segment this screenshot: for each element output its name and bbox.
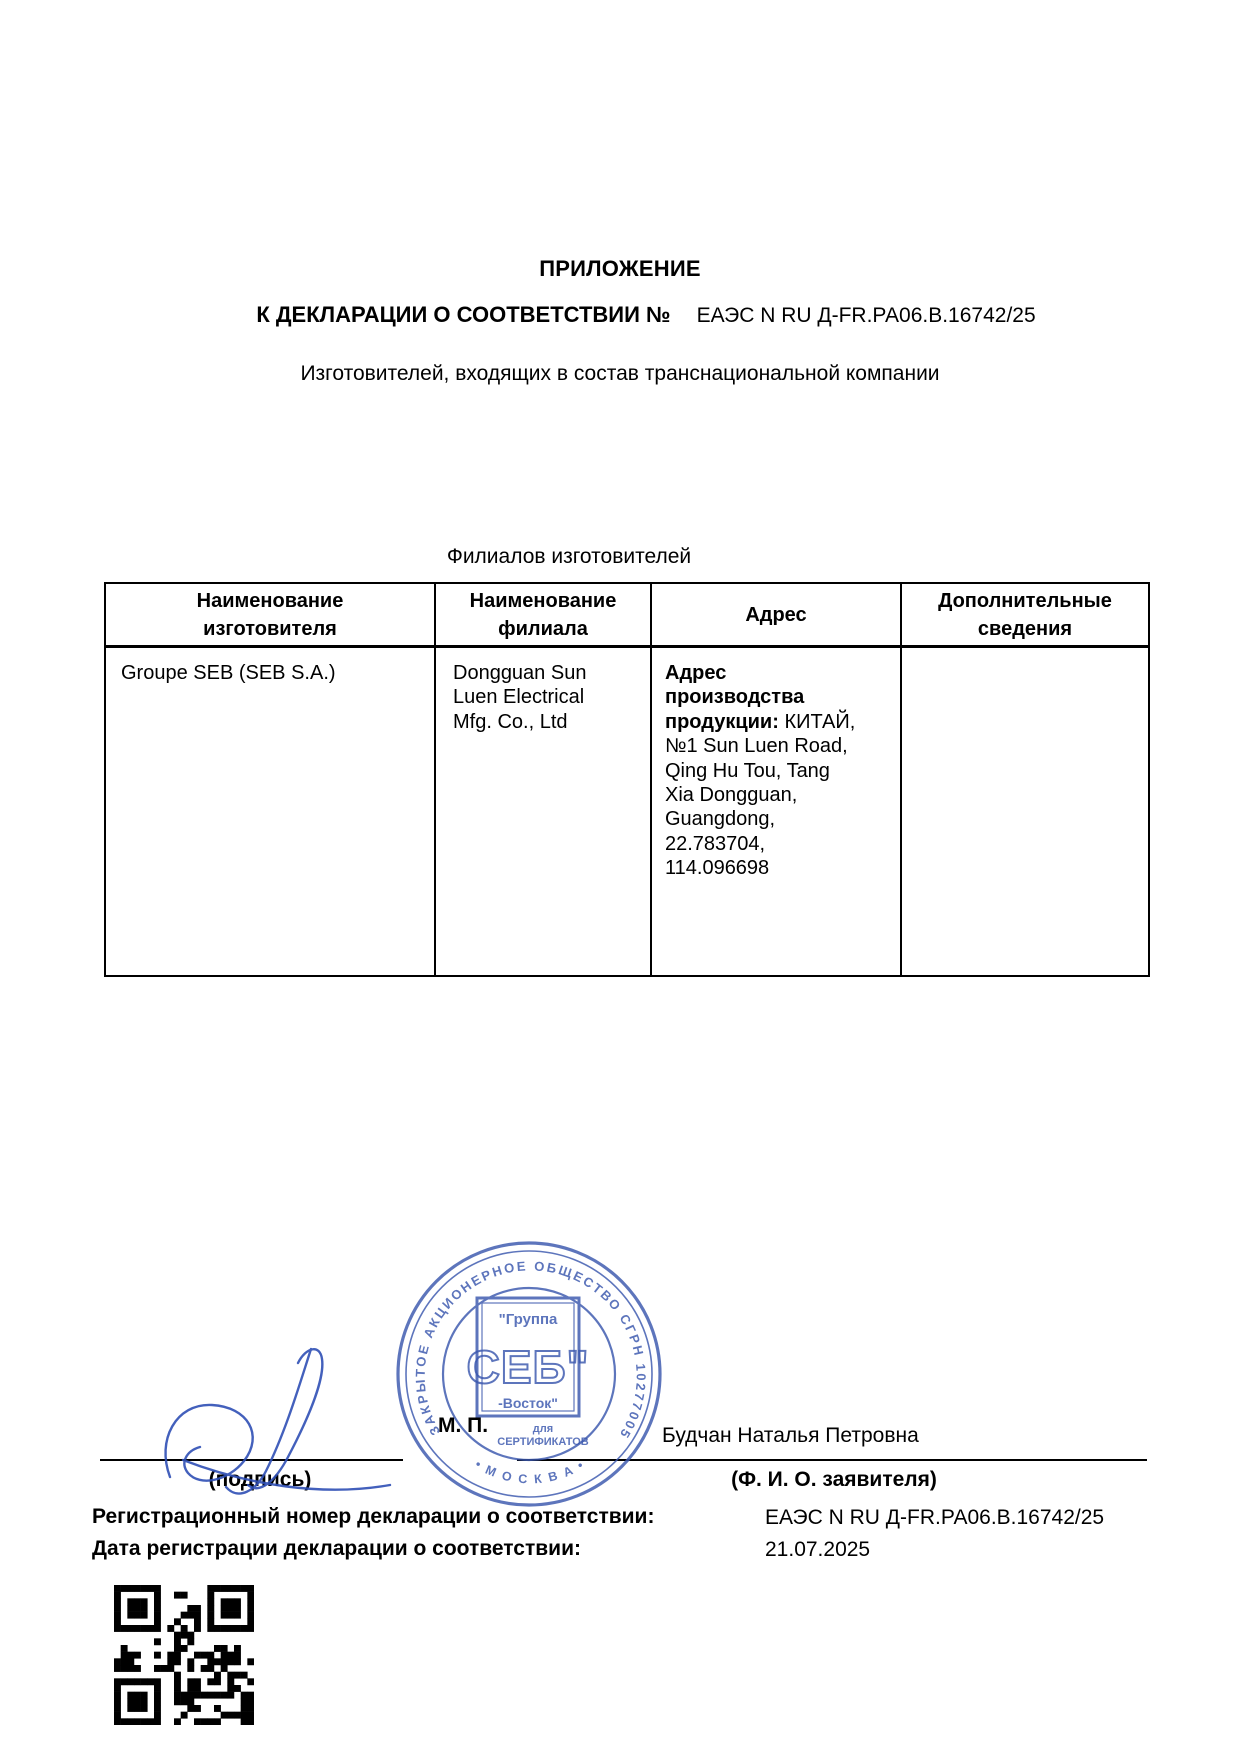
col-header-branch: Наименование филиала xyxy=(435,583,651,647)
declaration-subtitle-label: К ДЕКЛАРАЦИИ О СООТВЕТСТВИИ № xyxy=(256,302,670,328)
table-caption: Филиалов изготовителей xyxy=(104,545,1034,569)
company-stamp-icon: ЗАКРЫТОЕ АКЦИОНЕРНОЕ ОБЩЕСТВО СГРН 10277… xyxy=(393,1238,665,1510)
document-page: ПРИЛОЖЕНИЕ К ДЕКЛАРАЦИИ О СООТВЕТСТВИИ №… xyxy=(0,0,1240,1755)
reg-date-value: 21.07.2025 xyxy=(765,1538,870,1562)
branch-name: Dongguan Sun Luen Electrical Mfg. Co., L… xyxy=(453,662,586,733)
qr-code-icon xyxy=(114,1585,254,1725)
applicant-caption: (Ф. И. О. заявителя) xyxy=(634,1468,1034,1492)
stamp-place-label: М. П. xyxy=(438,1414,488,1438)
declaration-subtitle: К ДЕКЛАРАЦИИ О СООТВЕТСТВИИ № ЕАЭС N RU … xyxy=(26,302,1240,328)
page-title: ПРИЛОЖЕНИЕ xyxy=(0,256,1240,282)
cell-branch: Dongguan Sun Luen Electrical Mfg. Co., L… xyxy=(435,647,651,977)
table-header-row: Наименование изготовителя Наименование ф… xyxy=(105,583,1149,647)
handwritten-signature-icon xyxy=(148,1335,404,1515)
cell-address: Адрес производства продукции: КИТАЙ, №1 … xyxy=(651,647,901,977)
applicant-name: Будчан Наталья Петровна xyxy=(662,1424,919,1448)
reg-number-value: ЕАЭС N RU Д-FR.РА06.В.16742/25 xyxy=(765,1506,1104,1530)
col-header-additional: Дополнительные сведения xyxy=(901,583,1149,647)
col-header-manufacturer: Наименование изготовителя xyxy=(105,583,435,647)
manufacturer-name: Groupe SEB (SEB S.A.) xyxy=(121,662,336,684)
cell-additional xyxy=(901,647,1149,977)
stamp-for-label: для xyxy=(533,1423,553,1435)
intro-text: Изготовителей, входящих в состав трансна… xyxy=(0,362,1240,386)
cell-manufacturer: Groupe SEB (SEB S.A.) xyxy=(105,647,435,977)
col-header-address: Адрес xyxy=(651,583,901,647)
stamp-ring-bottom-text: • М О С К В А • xyxy=(473,1457,588,1486)
stamp-center-main: СЕБ" xyxy=(467,1341,590,1393)
stamp-center-top: "Группа xyxy=(499,1311,558,1328)
stamp-center-bottom: -Восток" xyxy=(498,1395,558,1411)
reg-date-label: Дата регистрации декларации о соответств… xyxy=(92,1537,581,1561)
address-value: КИТАЙ, №1 Sun Luen Road, Qing Hu Tou, Ta… xyxy=(665,711,855,879)
svg-text:• М О С К В А •: • М О С К В А • xyxy=(473,1457,588,1486)
declaration-number: ЕАЭС N RU Д-FR.РА06.В.16742/25 xyxy=(697,304,1036,328)
stamp-certificates-label: СЕРТИФИКАТОВ xyxy=(497,1436,589,1448)
branches-table: Наименование изготовителя Наименование ф… xyxy=(104,582,1150,977)
table-row: Groupe SEB (SEB S.A.) Dongguan Sun Luen … xyxy=(105,647,1149,977)
